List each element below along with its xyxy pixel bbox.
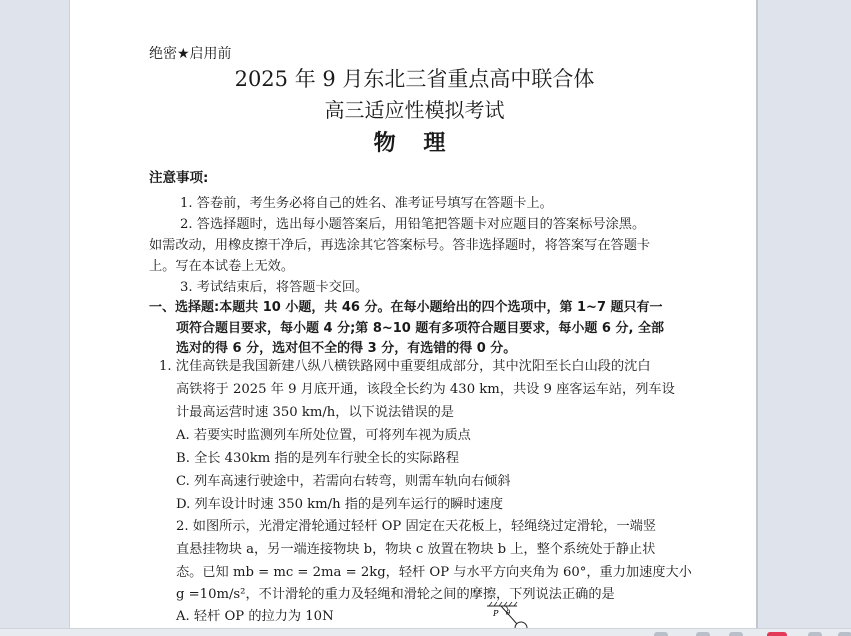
- question-1-option-c: C. 列车高速行驶途中，若需向右转弯，则需车轨向右倾斜: [176, 470, 511, 489]
- question-1-option-b: B. 全长 430km 指的是列车行驶全长的实际路程: [176, 447, 459, 466]
- more-options-icon[interactable]: [808, 632, 822, 636]
- viewer-toolbar: [0, 628, 851, 636]
- section-heading: 一、选择题:本题共 10 小题，共 46 分。在每小题给出的四个选项中，第 1~…: [149, 296, 663, 315]
- question-2-stem: 直悬挂物块 a，另一端连接物块 b，物块 c 放置在物块 b 上，整个系统处于静…: [176, 538, 655, 557]
- question-1-option-a: A. 若要实时监测列车所处位置，可将列车视为质点: [176, 424, 471, 443]
- section-heading-cont: 项符合题目要求，每小题 4 分;第 8~10 题有多项符合题目要求，每小题 6 …: [176, 317, 664, 336]
- record-button-icon[interactable]: [767, 632, 787, 636]
- pdf-viewer[interactable]: 绝密★启用前 2025 年 9 月东北三省重点高中联合体 高三适应性模拟考试 物…: [0, 0, 851, 628]
- toolbar-extra-icon[interactable]: [838, 632, 851, 636]
- question-1-stem: 1. 沈佳高铁是我国新建八纵八横铁路网中重要组成部分，其中沈阳至长白山段的沈白: [159, 355, 651, 374]
- note-item: 上。写在本试卷上无效。: [149, 255, 294, 274]
- confidential-mark: 绝密★启用前: [149, 43, 232, 63]
- svg-text:P: P: [492, 609, 499, 618]
- question-2-stem: 态。已知 mb = mc = 2ma = 2kg，轻杆 OP 与水平方向夹角为 …: [176, 561, 692, 580]
- question-2-stem: 2. 如图所示，光滑定滑轮通过轻杆 OP 固定在天花板上，轻绳绕过定滑轮，一端竖: [176, 515, 656, 534]
- section-heading-cont: 选对的得 6 分，选对但不全的得 3 分，有选错的得 0 分。: [176, 337, 516, 356]
- subject-title: 物 理: [70, 126, 758, 157]
- exam-subtitle: 高三适应性模拟考试: [70, 94, 758, 123]
- document-page: 绝密★启用前 2025 年 9 月东北三省重点高中联合体 高三适应性模拟考试 物…: [69, 0, 758, 628]
- note-item: 3. 考试结束后，将答题卡交回。: [180, 276, 368, 295]
- fit-page-icon[interactable]: [654, 632, 668, 636]
- pulley-figure-icon: P θ: [481, 600, 541, 628]
- question-1-stem: 高铁将于 2025 年 9 月底开通，该段全长约为 430 km，共设 9 座客…: [176, 378, 675, 397]
- question-2-option-a: A. 轻杆 OP 的拉力为 10N: [176, 605, 334, 624]
- exam-title: 2025 年 9 月东北三省重点高中联合体: [70, 63, 758, 93]
- question-2-stem: g =10m/s²，不计滑轮的重力及轻绳和滑轮之间的摩擦，下列说法正确的是: [176, 583, 615, 602]
- question-1-option-d: D. 列车设计时速 350 km/h 指的是列车运行的瞬时速度: [176, 493, 503, 512]
- notes-heading: 注意事项:: [149, 166, 208, 186]
- note-item: 如需改动，用橡皮擦干净后，再选涂其它答案标号。答非选择题时，将答案写在答题卡: [149, 234, 650, 253]
- note-item: 2. 答选择题时，选出每小题答案后，用铅笔把答题卡对应题目的答案标号涂黑。: [180, 213, 645, 232]
- grid-view-icon[interactable]: [729, 632, 743, 636]
- page-view-icon[interactable]: [696, 632, 710, 636]
- question-1-stem: 计最高运营时速 350 km/h，以下说法错误的是: [176, 401, 454, 420]
- pulley-diagram: P θ: [481, 600, 541, 628]
- note-item: 1. 答卷前，考生务必将自己的姓名、准考证号填写在答题卡上。: [180, 192, 553, 211]
